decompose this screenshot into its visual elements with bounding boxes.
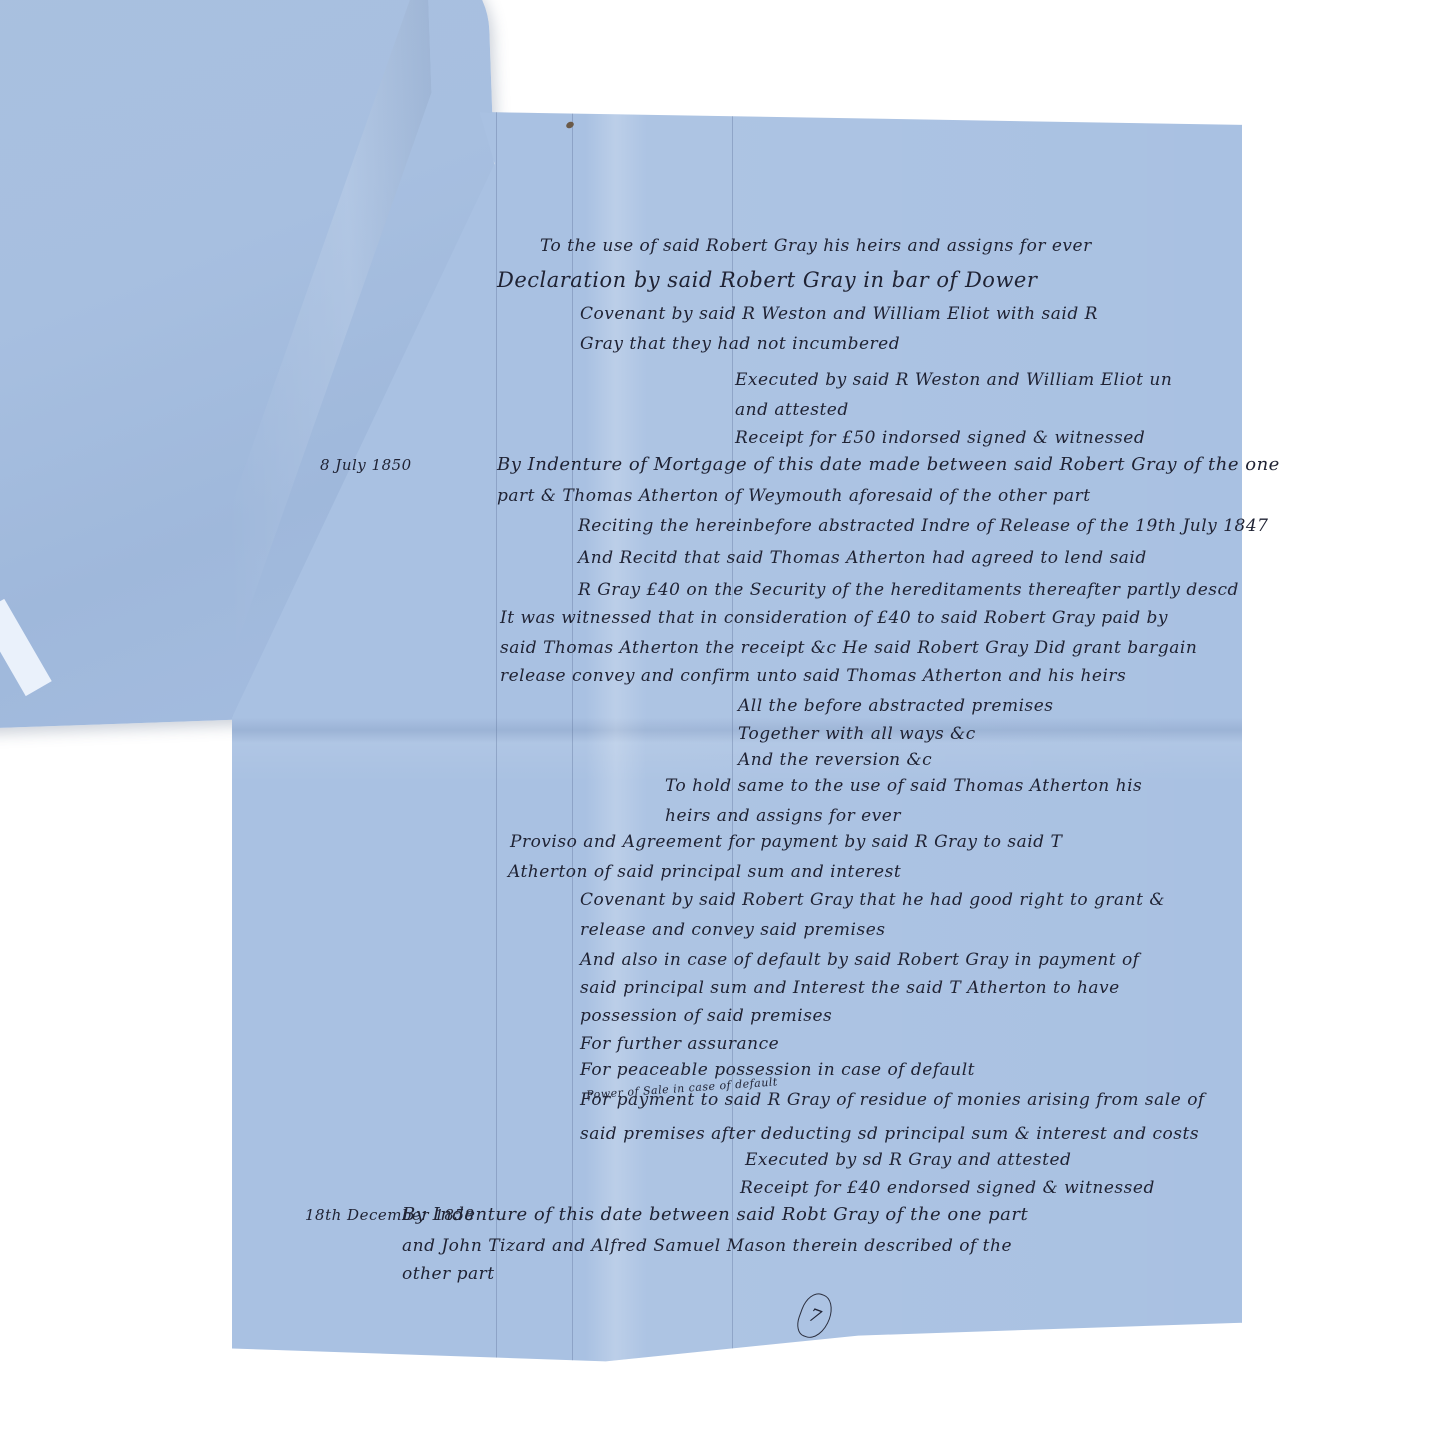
text-line: said principal sum and Interest the said… [580,978,1120,998]
text-line: It was witnessed that in consideration o… [500,608,1168,628]
text-line: By Indenture of this date between said R… [402,1204,1028,1225]
text-line: Atherton of said principal sum and inter… [508,862,901,882]
text-line: and John Tizard and Alfred Samuel Mason … [402,1236,1012,1256]
text-line: And Recitd that said Thomas Atherton had… [578,548,1147,568]
text-line: other part [402,1264,495,1284]
text-line: All the before abstracted premises [738,696,1054,716]
text-line: Reciting the hereinbefore abstracted Ind… [578,516,1268,536]
text-line: Executed by sd R Gray and attested [745,1150,1071,1170]
text-line: Together with all ways &c [738,724,976,744]
text-line: Proviso and Agreement for payment by sai… [510,832,1062,852]
text-line: Receipt for £40 endorsed signed & witnes… [740,1178,1155,1198]
text-line: R Gray £40 on the Security of the heredi… [578,580,1239,600]
text-line: To hold same to the use of said Thomas A… [665,776,1142,796]
text-line: For further assurance [580,1034,779,1054]
text-line: And the reversion &c [738,750,932,770]
text-line: said Thomas Atherton the receipt &c He s… [500,638,1197,658]
text-line: said premises after deducting sd princip… [580,1124,1199,1144]
text-line: Gray that they had not incumbered [580,334,900,354]
text-line: Executed by said R Weston and William El… [735,370,1172,390]
text-line: For payment to said R Gray of residue of… [580,1090,1205,1110]
text-line: To the use of said Robert Gray his heirs… [540,236,1092,256]
text-line: part & Thomas Atherton of Weymouth afore… [497,486,1091,506]
text-line: Covenant by said R Weston and William El… [580,304,1098,324]
text-line: By Indenture of Mortgage of this date ma… [497,454,1280,475]
margin-date: 8 July 1850 [320,456,412,474]
text-line: Declaration by said Robert Gray in bar o… [497,268,1037,292]
text-line: release and convey said premises [580,920,885,940]
photo-scene: 8 July 1850 18th December 1858 To the us… [0,0,1445,1445]
text-line: Receipt for £50 indorsed signed & witnes… [735,428,1145,448]
text-line: release convey and confirm unto said Tho… [500,666,1126,686]
text-line: possession of said premises [580,1006,832,1026]
text-line: heirs and assigns for ever [665,806,901,826]
text-line: and attested [735,400,849,420]
text-line: Covenant by said Robert Gray that he had… [580,890,1165,910]
text-line: And also in case of default by said Robe… [580,950,1139,970]
